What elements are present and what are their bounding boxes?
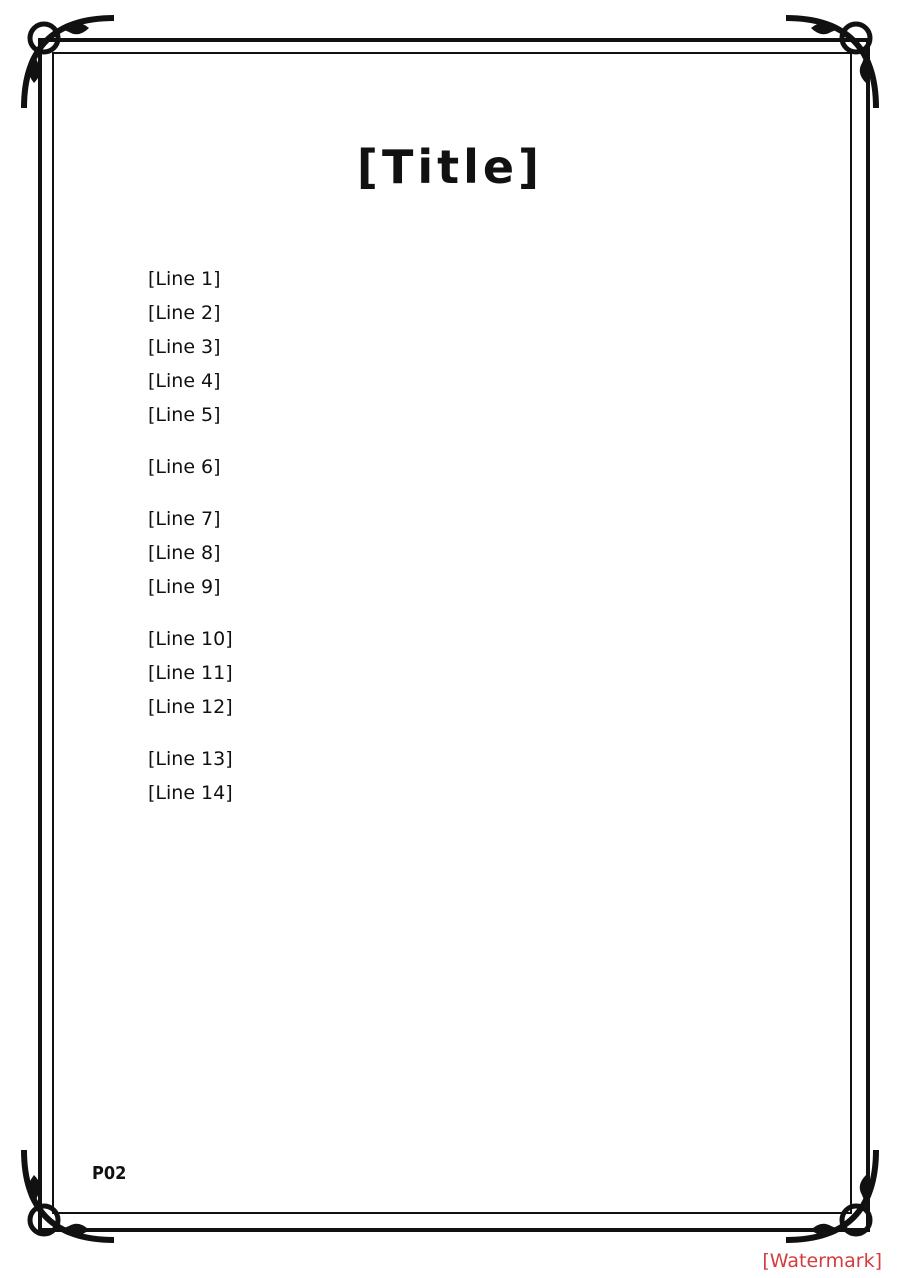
ornament-corner-icon (776, 8, 886, 118)
paragraph: [Line 1] [Line 2] [Line 3] [Line 4] [Lin… (148, 262, 828, 432)
text-line: [Line 5] (148, 398, 828, 432)
paragraph: [Line 6] (148, 450, 828, 484)
paragraph: [Line 10] [Line 11] [Line 12] (148, 622, 828, 724)
ornament-corner-icon (14, 8, 124, 118)
text-line: [Line 12] (148, 690, 828, 724)
text-line: [Line 14] (148, 776, 828, 810)
page-title: [Title] (0, 140, 900, 194)
paragraph: [Line 13] [Line 14] (148, 742, 828, 810)
body-text: [Line 1] [Line 2] [Line 3] [Line 4] [Lin… (148, 262, 828, 828)
watermark: [Watermark] (762, 1250, 882, 1272)
ornament-corner-icon (776, 1140, 886, 1250)
text-line: [Line 7] (148, 502, 828, 536)
text-line: [Line 3] (148, 330, 828, 364)
text-line: [Line 9] (148, 570, 828, 604)
text-line: [Line 10] (148, 622, 828, 656)
text-line: [Line 13] (148, 742, 828, 776)
text-line: [Line 4] (148, 364, 828, 398)
text-line: [Line 6] (148, 450, 828, 484)
page-number: P02 (92, 1163, 126, 1184)
text-line: [Line 1] (148, 262, 828, 296)
text-line: [Line 8] (148, 536, 828, 570)
ornament-corner-icon (14, 1140, 124, 1250)
text-line: [Line 2] (148, 296, 828, 330)
text-line: [Line 11] (148, 656, 828, 690)
paragraph: [Line 7] [Line 8] [Line 9] (148, 502, 828, 604)
